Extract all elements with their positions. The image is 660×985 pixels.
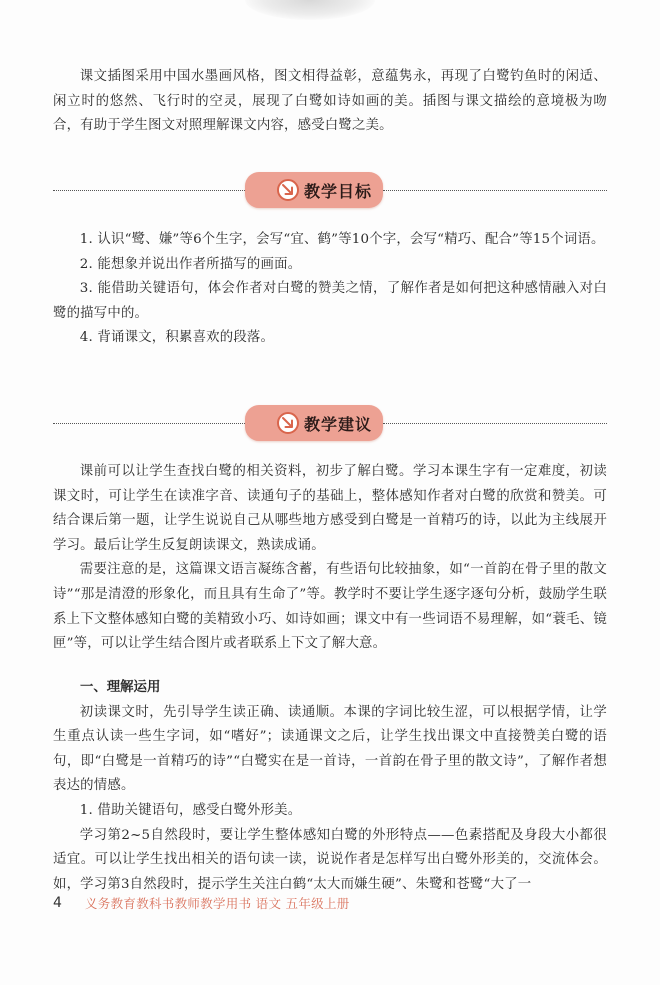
- suggestion-paragraph: 课前可以让学生查找白鹭的相关资料，初步了解白鹭。学习本课生字有一定难度，初读课文…: [53, 460, 607, 558]
- section-title-pill: 教学目标: [245, 172, 383, 208]
- subsection-paragraph: 初读课文时，先引导学生读正确、读通顺。本课的字词比较生涩，可以根据学情，让学生重…: [53, 701, 607, 799]
- intro-paragraph: 课文插图采用中国水墨画风格，图文相得益彰，意蕴隽永，再现了白鹭钓鱼时的闲适、闲立…: [53, 65, 607, 139]
- page-number: 4: [53, 895, 83, 911]
- suggestion-paragraph: 需要注意的是，这篇课文语言凝练含蓄，有些语句比较抽象，如“一首韵在骨子里的散文诗…: [53, 558, 607, 656]
- subsection-heading: 一、理解运用: [53, 676, 607, 701]
- intro-block: 课文插图采用中国水墨画风格，图文相得益彰，意蕴隽永，再现了白鹭钓鱼时的闲适、闲立…: [53, 65, 607, 139]
- goal-item: 1. 认识“鹭、嫌”等6个生字，会写“宜、鹤”等10个字，会写“精巧、配合”等1…: [53, 228, 607, 253]
- section-title: 教学目标: [304, 179, 372, 202]
- arrow-down-right-circle-icon: [277, 179, 299, 201]
- teaching-suggestions: 课前可以让学生查找白鹭的相关资料，初步了解白鹭。学习本课生字有一定难度，初读课文…: [53, 460, 607, 657]
- dotted-divider-left: [53, 423, 245, 424]
- subsection-point: 1. 借助关键语句，感受白鹭外形美。: [53, 799, 607, 824]
- page-footer: 4 义务教育教科书教师教学用书 语文 五年级上册: [53, 893, 350, 913]
- illustration-edge: [245, 0, 375, 20]
- goal-item: 2. 能想象并说出作者所描写的画面。: [53, 253, 607, 278]
- goal-item: 4. 背诵课文，积累喜欢的段落。: [53, 326, 607, 351]
- teaching-goals-list: 1. 认识“鹭、嫌”等6个生字，会写“宜、鹤”等10个字，会写“精巧、配合”等1…: [53, 228, 607, 351]
- dotted-divider-left: [53, 190, 245, 191]
- dotted-divider-right: [383, 423, 607, 424]
- subsection-understanding: 一、理解运用 初读课文时，先引导学生读正确、读通顺。本课的字词比较生涩，可以根据…: [53, 676, 607, 897]
- section-header-teaching-suggestions: 教学建议: [53, 405, 607, 441]
- book-title: 义务教育教科书教师教学用书 语文 五年级上册: [85, 894, 350, 912]
- section-header-teaching-goals: 教学目标: [53, 172, 607, 208]
- section-title-pill: 教学建议: [245, 405, 383, 441]
- arrow-down-right-circle-icon: [277, 412, 299, 434]
- dotted-divider-right: [383, 190, 607, 191]
- goal-item: 3. 能借助关键语句，体会作者对白鹭的赞美之情，了解作者是如何把这种感情融入对白…: [53, 277, 607, 326]
- section-title: 教学建议: [304, 412, 372, 435]
- subsection-paragraph: 学习第2~5自然段时，要让学生整体感知白鹭的外形特点——色素搭配及身段大小都很适…: [53, 824, 607, 898]
